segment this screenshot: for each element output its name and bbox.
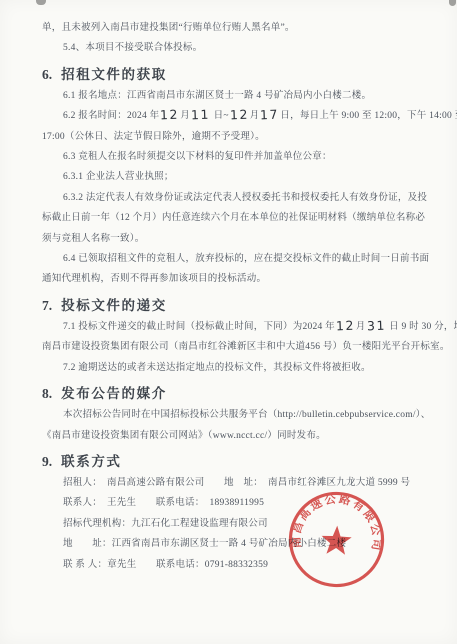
section-title: 联系方式 bbox=[61, 454, 121, 469]
section-title: 发布公告的媒介 bbox=[61, 386, 167, 401]
text-line: 通知代理机构，否则不得再参加该项目的投标活动。 bbox=[42, 269, 427, 289]
text-segment: 6.3.1 企业法人营业执照； bbox=[63, 172, 174, 182]
section-title: 投标文件的递交 bbox=[61, 298, 167, 313]
company-seal: 南昌高速公路有限公司 bbox=[284, 487, 388, 591]
text-line: 南昌市建设投资集团有限公司（南昌市红谷滩新区丰和中大道456 号）负一楼阳光平台… bbox=[42, 337, 427, 357]
text-segment: 17:00（公休日、法定节假日除外，逾期不予受理）。 bbox=[42, 132, 265, 142]
text-segment: 7.1 投标文件递交的截止时间（投标截止时间，下同）为2024 年 bbox=[63, 322, 335, 332]
text-segment: 月 bbox=[180, 111, 190, 121]
scan-artifact-right bbox=[449, 0, 456, 6]
handwritten-date: 11 bbox=[190, 109, 211, 122]
section-heading: 6.招租文件的获取 bbox=[42, 64, 427, 85]
text-segment: 联 系 人：章先生 联系电话：0791-88332359 bbox=[63, 560, 268, 570]
section-heading: 9.联系方式 bbox=[42, 451, 427, 472]
text-segment: 单，且未被列入南昌市建投集团“行贿单位行贿人黑名单”。 bbox=[42, 23, 295, 33]
text-line: 单，且未被列入南昌市建投集团“行贿单位行贿人黑名单”。 bbox=[42, 18, 427, 38]
section-number: 9. bbox=[42, 454, 52, 469]
text-segment: 日，每日上午 9:00 至 12:00，下午 14:00 至 bbox=[280, 111, 457, 121]
text-line: 6.3.1 企业法人营业执照； bbox=[42, 167, 427, 187]
section-number: 6. bbox=[42, 67, 52, 82]
text-segment: 6.3 竞租人在报名时须提交以下材料的复印件并加盖单位公章： bbox=[63, 152, 332, 162]
text-segment: 日~ bbox=[211, 111, 229, 121]
text-segment: 6.4 已领取招租文件的竞租人，放弃投标的，应在提交投标文件的截止时间一日前书面 bbox=[63, 254, 429, 264]
text-segment: 6.1 报名地点：江西省南昌市东湖区贤士一路 4 号矿冶局内小白楼二楼。 bbox=[63, 91, 371, 101]
text-segment: 南昌市建设投资集团有限公司（南昌市红谷滩新区丰和中大道456 号）负一楼阳光平台… bbox=[42, 342, 450, 352]
text-line: 6.4 已领取招租文件的竞租人，放弃投标的，应在提交投标文件的截止时间一日前书面 bbox=[42, 249, 427, 269]
text-segment: 月 bbox=[250, 111, 260, 121]
text-line: 6.3 竞租人在报名时须提交以下材料的复印件并加盖单位公章： bbox=[42, 147, 427, 167]
section-number: 7. bbox=[42, 298, 52, 313]
section-heading: 7.投标文件的递交 bbox=[42, 295, 427, 316]
text-segment: 6.3.2 法定代表人有效身份证或法定代表人授权委托书和授权委托人有效身份证，及… bbox=[63, 193, 427, 203]
text-segment: 须与竞租人名称一致）。 bbox=[42, 234, 145, 244]
text-segment: 联系人： 王先生 联系电话： 18938911995 bbox=[63, 498, 264, 508]
text-segment: 日 9 时 30 分，地点为 bbox=[386, 322, 457, 332]
text-segment: 5.4、本项目不接受联合体投标。 bbox=[63, 43, 202, 53]
text-line: 6.2 报名时间：2024 年12月11 日~12月17日，每日上午 9:00 … bbox=[42, 106, 427, 126]
text-line: 6.3.2 法定代表人有效身份证或法定代表人授权委托书和授权委托人有效身份证，及… bbox=[42, 188, 427, 208]
text-line: 5.4、本项目不接受联合体投标。 bbox=[42, 38, 427, 58]
handwritten-date: 17 bbox=[259, 109, 280, 122]
text-line: 17:00（公休日、法定节假日除外，逾期不予受理）。 bbox=[42, 127, 427, 147]
section-title: 招租文件的获取 bbox=[61, 67, 167, 82]
text-line: 本次招标公告同时在中国招标投标公共服务平台（http://bulletin.ce… bbox=[42, 405, 427, 425]
text-segment: 通知代理机构，否则不得再参加该项目的投标活动。 bbox=[42, 274, 266, 284]
text-line: 标截止日前一年（12 个月）内任意连续六个月在本单位的社保证明材料（缴纳单位名称… bbox=[42, 208, 427, 228]
scan-artifact-left bbox=[36, 0, 46, 5]
handwritten-date: 12 bbox=[229, 109, 250, 122]
text-line: 7.1 投标文件递交的截止时间（投标截止时间，下同）为2024 年12月31 日… bbox=[42, 317, 427, 337]
text-line: 7.2 逾期送达的或者未送达指定地点的投标文件，其投标文件将被拒收。 bbox=[42, 358, 427, 378]
section-heading: 8.发布公告的媒介 bbox=[42, 383, 427, 404]
text-segment: 标截止日前一年（12 个月）内任意连续六个月在本单位的社保证明材料（缴纳单位名称… bbox=[42, 213, 425, 223]
handwritten-date: 12 bbox=[159, 109, 180, 122]
text-segment: 招标代理机构：九江石化工程建设监理有限公司 bbox=[63, 519, 268, 529]
section-number: 8. bbox=[42, 386, 52, 401]
handwritten-date: 31 bbox=[365, 320, 386, 333]
text-segment: 6.2 报名时间：2024 年 bbox=[63, 111, 159, 121]
text-segment: 招租人： 南昌高速公路有限公司 地 址： 南昌市红谷滩区九龙大道 5999 号 bbox=[63, 478, 410, 488]
text-segment: 7.2 逾期送达的或者未送达指定地点的投标文件，其投标文件将被拒收。 bbox=[63, 363, 371, 373]
handwritten-date: 12 bbox=[335, 320, 356, 333]
text-segment: 本次招标公告同时在中国招标投标公共服务平台（http://bulletin.ce… bbox=[63, 410, 431, 420]
text-line: 6.1 报名地点：江西省南昌市东湖区贤士一路 4 号矿冶局内小白楼二楼。 bbox=[42, 86, 427, 106]
seal-graphic: 南昌高速公路有限公司 bbox=[284, 487, 388, 591]
text-segment: 月 bbox=[356, 322, 366, 332]
document-page: 单，且未被列入南昌市建投集团“行贿单位行贿人黑名单”。5.4、本项目不接受联合体… bbox=[0, 0, 457, 644]
text-line: 须与竞租人名称一致）。 bbox=[42, 229, 427, 249]
text-line: 《南昌市建设投资集团有限公司网站》（www.ncct.cc/）同时发布。 bbox=[42, 426, 427, 446]
text-line: 招租人： 南昌高速公路有限公司 地 址： 南昌市红谷滩区九龙大道 5999 号 bbox=[42, 473, 427, 493]
seal-star bbox=[321, 525, 353, 555]
text-segment: 《南昌市建设投资集团有限公司网站》（www.ncct.cc/）同时发布。 bbox=[42, 431, 326, 441]
